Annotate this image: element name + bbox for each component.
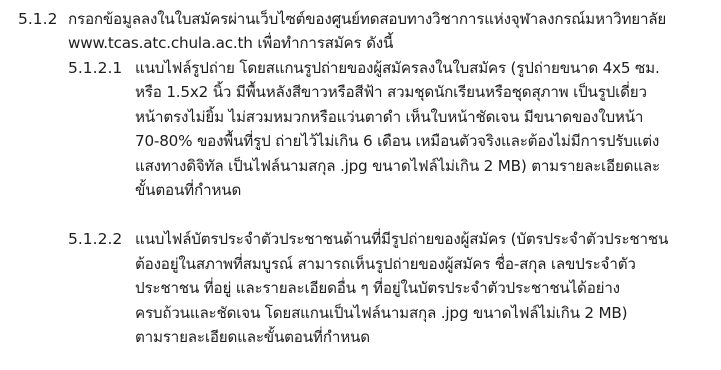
subitem-text-line: หรือ 1.5x2 นิ้ว มีพื้นหลังสีขาวหรือสีฟ้า…: [135, 80, 647, 104]
subitem-text-line: 70-80% ของพื้นที่รูป ถ่ายไว้ไม่เกิน 6 เด…: [135, 129, 659, 153]
section-number: 5.1.2: [18, 7, 57, 31]
subitem-text-line: แนบไฟล์รูปถ่าย โดยสแกนรูปถ่ายของผู้สมัคร…: [135, 56, 660, 80]
subitem-text-line: แสงทางดิจิทัล เป็นไฟล์นามสกุล .jpg ขนาดไ…: [135, 154, 660, 178]
subitem-text-line: ต้องอยู่ในสภาพที่สมบูรณ์ สามารถเห็นรูปถ่…: [135, 252, 636, 276]
section-text-line: www.tcas.atc.chula.ac.th เพื่อทำการสมัคร…: [68, 31, 393, 55]
subitem-text-line: หน้าตรงไม่ยิ้ม ไม่สวมหมวกหรือแว่นตาดำ เห…: [135, 105, 643, 129]
subitem-text-line: แนบไฟล์บัตรประจำตัวประชาชนด้านที่มีรูปถ่…: [135, 227, 668, 251]
subitem-text-line: ตามรายละเอียดและขั้นตอนที่กำหนด: [135, 325, 370, 349]
section-text-line: กรอกข้อมูลลงในใบสมัครผ่านเว็บไซต์ของศูนย…: [68, 7, 666, 31]
subitem-text-line: ขั้นตอนที่กำหนด: [135, 178, 241, 202]
subitem-number: 5.1.2.1: [68, 56, 122, 80]
subitem-text-line: ประชาชน ที่อยู่ และรายละเอียดอื่น ๆ ที่อ…: [135, 276, 620, 300]
subitem-number: 5.1.2.2: [68, 227, 122, 251]
subitem-text-line: ครบถ้วนและชัดเจน โดยสแกนเป็นไฟล์นามสกุล …: [135, 301, 627, 325]
